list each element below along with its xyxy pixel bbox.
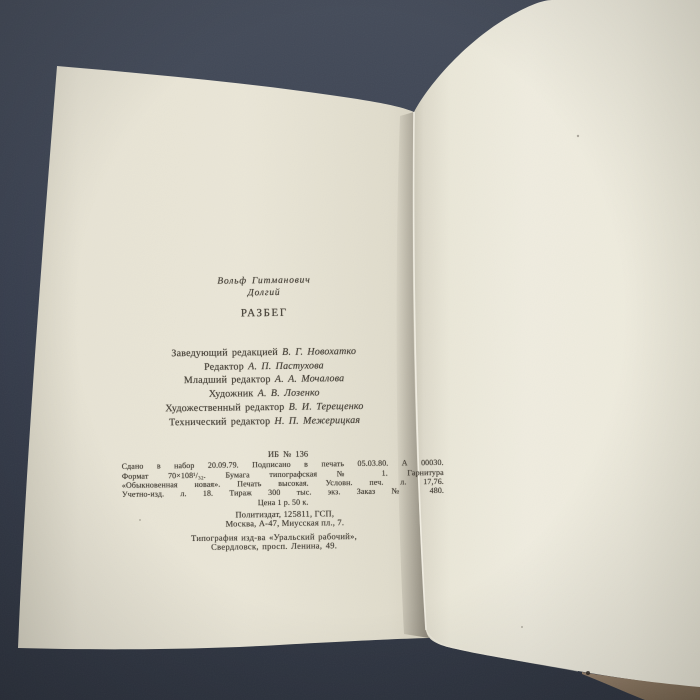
imprint-block: Сдано в набор 20.09.79. Подписано в печа… [122, 458, 445, 509]
staff-name: В. И. Терещенко [289, 401, 364, 413]
colophon-text: Вольф Гитманович Долгий РАЗБЕГ Заведующи… [98, 268, 446, 553]
staff-line: Технический редактор Н. П. Межерицкая [100, 413, 429, 431]
staff-role: Младший редактор [184, 374, 271, 386]
author-name: Вольф Гитманович Долгий [98, 274, 429, 301]
page-title: РАЗБЕГ [99, 305, 430, 322]
editorial-staff-list: Заведующий редакцией В. Г. Новохатко Ред… [99, 344, 429, 430]
staff-role: Художник [209, 388, 254, 400]
staff-name: А. А. Мочалова [275, 374, 345, 386]
publisher-address: Политиздат, 125811, ГСП, Москва, А-47, М… [123, 508, 446, 530]
staff-role: Редактор [204, 361, 244, 372]
staff-name: Н. П. Межерицкая [274, 414, 360, 426]
staff-name: А. В. Лозенко [258, 388, 320, 400]
book-photo-scene: Вольф Гитманович Долгий РАЗБЕГ Заведующи… [0, 0, 700, 700]
staff-name: А. П. Пастухова [248, 360, 324, 372]
staff-name: В. Г. Новохатко [282, 346, 356, 358]
staff-role: Технический редактор [169, 416, 270, 428]
staff-role: Художественный редактор [165, 402, 284, 414]
staff-role: Заведующий редакцией [171, 347, 278, 359]
